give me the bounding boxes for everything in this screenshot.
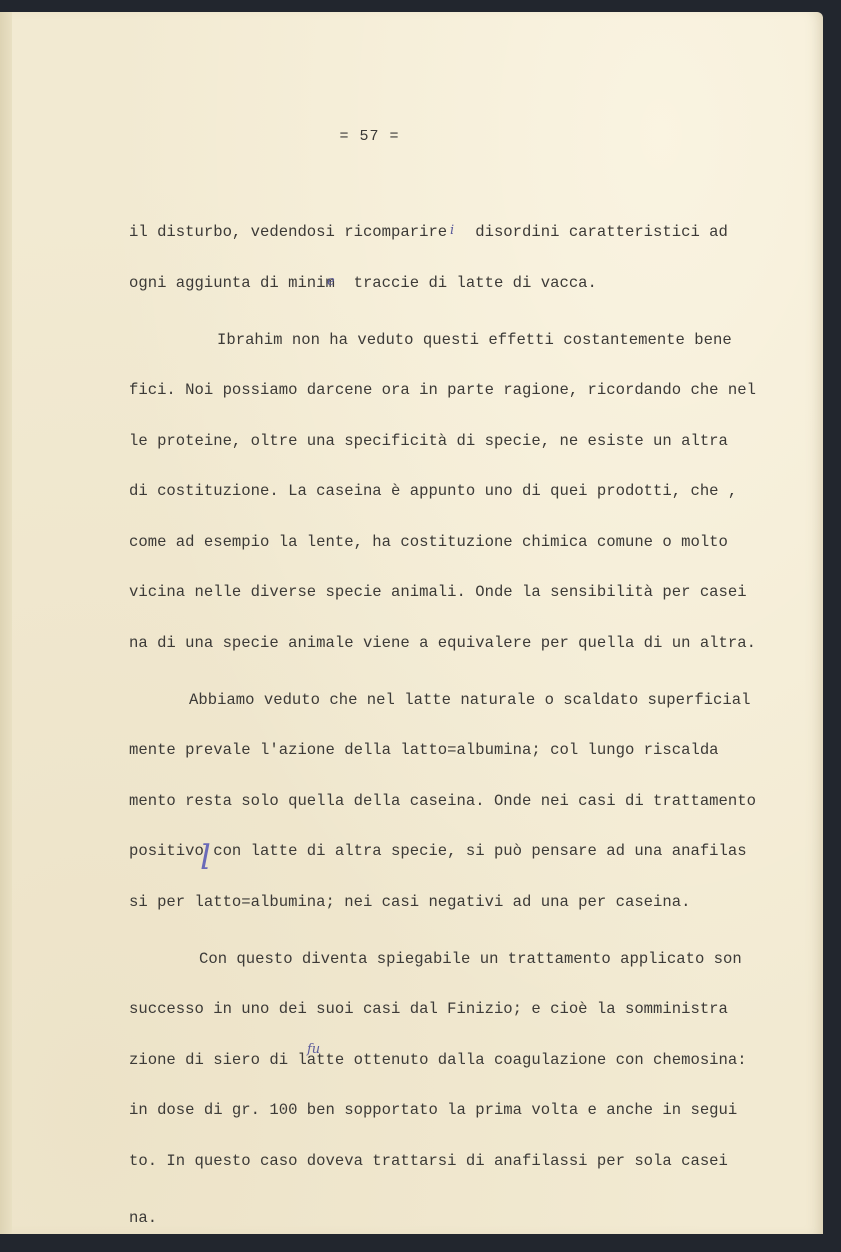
text-line: zione di siero di latte ottenuto dalla c…: [129, 1047, 829, 1098]
handwritten-insertion-fu: fu: [307, 1042, 320, 1057]
typewritten-page: = 57 = il disturbo, vedendosi ricomparir…: [12, 12, 823, 1234]
text-line: mente prevale l'azione della latto=album…: [129, 737, 829, 788]
page-number: = 57 =: [12, 128, 823, 145]
text-line: ogni aggiunta di minim traccie di latte …: [129, 270, 829, 327]
text-line: di costituzione. La caseina è appunto un…: [129, 478, 829, 529]
text-line: na di una specie animale viene a equival…: [129, 630, 829, 687]
text-line: to. In questo caso doveva trattarsi di a…: [129, 1148, 829, 1205]
text-line: mento resta solo quella della caseina. O…: [129, 788, 829, 839]
body-text: il disturbo, vedendosi ricomparire disor…: [129, 219, 829, 1252]
text-line: si per latto=albumina; nei casi negativi…: [129, 889, 829, 946]
text-line: vicina nelle diverse specie animali. Ond…: [129, 579, 829, 630]
text-line: successo in uno dei suoi casi dal Finizi…: [129, 996, 829, 1047]
paragraph-start-line: Con questo diventa spiegabile un trattam…: [129, 946, 829, 997]
paragraph-start-line: Abbiamo veduto che nel latte naturale o …: [129, 687, 829, 738]
text-line: fici. Noi possiamo darcene ora in parte …: [129, 377, 829, 428]
paragraph-start-line: Ibrahim non ha veduto questi effetti cos…: [129, 327, 829, 378]
text-line: le proteine, oltre una specificità di sp…: [129, 428, 829, 479]
text-line: in dose di gr. 100 ben sopportato la pri…: [129, 1097, 829, 1148]
handwritten-correction-e: e: [327, 274, 335, 289]
text-line: na.: [129, 1205, 829, 1252]
handwritten-correction-l: l: [200, 838, 211, 878]
handwritten-correction-i: i: [450, 223, 454, 238]
text-line: il disturbo, vedendosi ricomparire disor…: [129, 219, 829, 270]
text-line: come ad esempio la lente, ha costituzion…: [129, 529, 829, 580]
text-line: positivo con latte di altra specie, si p…: [129, 838, 829, 889]
